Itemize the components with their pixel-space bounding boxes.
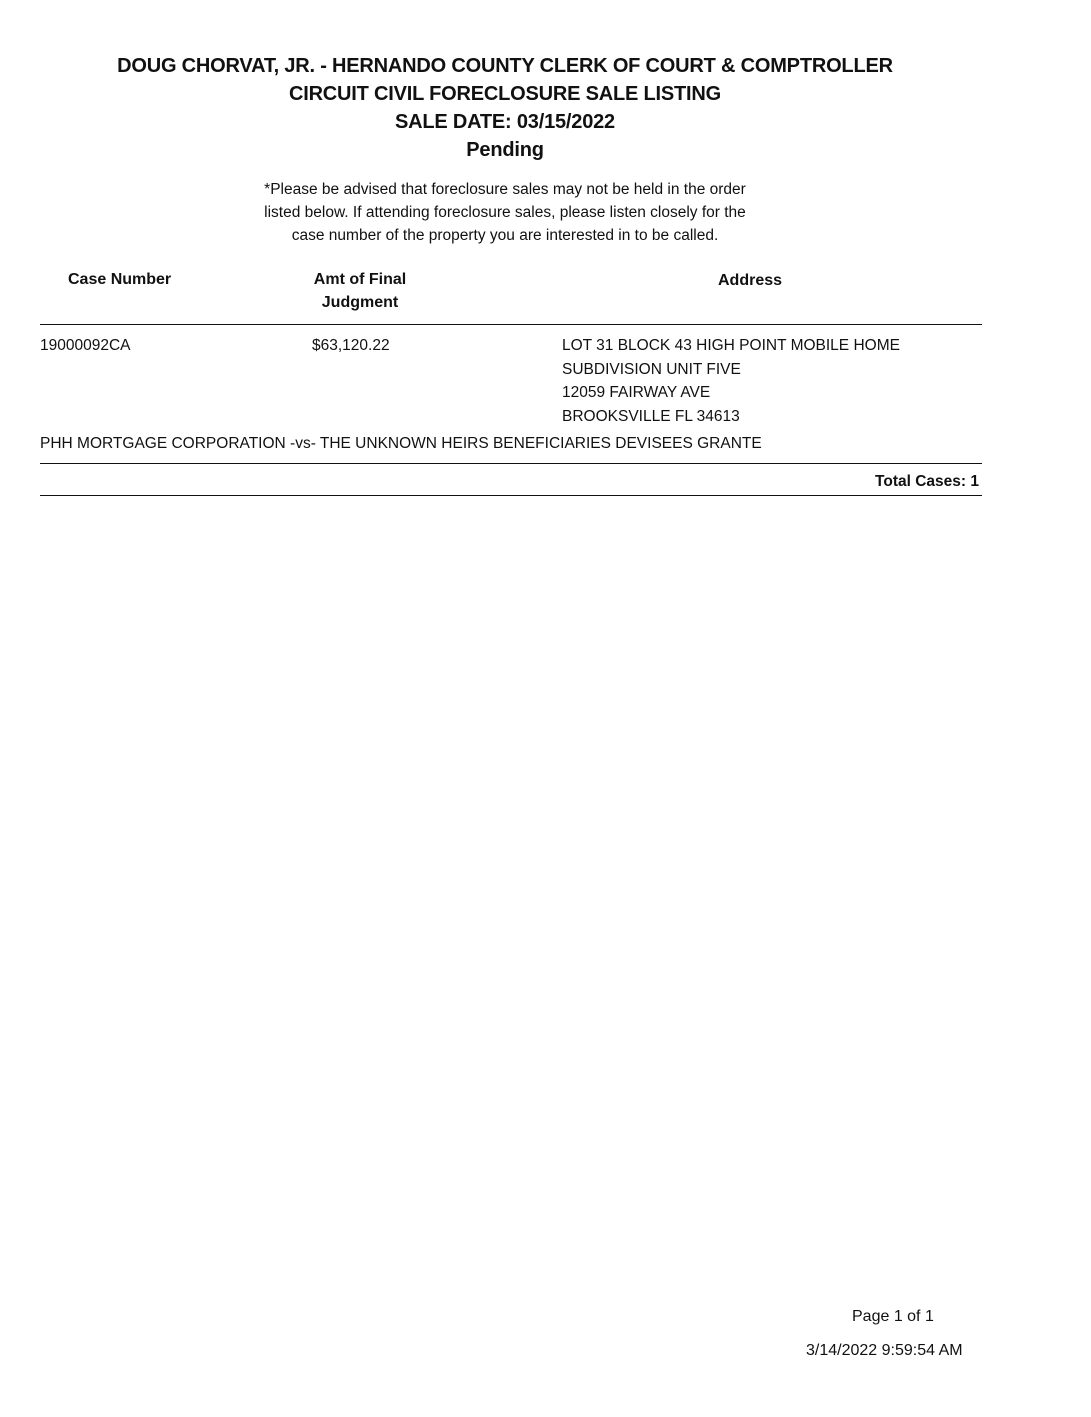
address-line: LOT 31 BLOCK 43 HIGH POINT MOBILE HOME (562, 334, 900, 358)
column-header-amount: Amt of Final Judgment (290, 268, 430, 314)
clerk-title: DOUG CHORVAT, JR. - HERNANDO COUNTY CLER… (0, 52, 1010, 80)
header-divider (40, 324, 982, 325)
address-line: 12059 FAIRWAY AVE (562, 381, 900, 405)
notice-line: *Please be advised that foreclosure sale… (0, 178, 1010, 201)
report-title-block: DOUG CHORVAT, JR. - HERNANDO COUNTY CLER… (0, 52, 1010, 164)
case-parties: PHH MORTGAGE CORPORATION -vs- THE UNKNOW… (40, 432, 762, 455)
column-header-amount-line2: Judgment (290, 291, 430, 314)
column-header-amount-line1: Amt of Final (290, 268, 430, 291)
notice-line: listed below. If attending foreclosure s… (0, 201, 1010, 224)
notice-line: case number of the property you are inte… (0, 224, 1010, 247)
column-header-address: Address (718, 269, 782, 292)
sale-date: SALE DATE: 03/15/2022 (0, 108, 1010, 136)
summary-divider (40, 495, 982, 496)
row-divider (40, 463, 982, 464)
case-number: 19000092CA (40, 334, 131, 358)
column-header-case-number: Case Number (68, 268, 171, 291)
property-address: LOT 31 BLOCK 43 HIGH POINT MOBILE HOME S… (562, 334, 900, 428)
printed-timestamp: 3/14/2022 9:59:54 AM (806, 1340, 963, 1362)
address-line: SUBDIVISION UNIT FIVE (562, 358, 900, 382)
page-number: Page 1 of 1 (852, 1306, 934, 1328)
address-line: BROOKSVILLE FL 34613 (562, 405, 900, 429)
listing-title: CIRCUIT CIVIL FORECLOSURE SALE LISTING (0, 80, 1010, 108)
total-cases: Total Cases: 1 (875, 470, 979, 493)
advisory-notice: *Please be advised that foreclosure sale… (0, 178, 1010, 247)
status-label: Pending (0, 136, 1010, 164)
judgment-amount: $63,120.22 (312, 334, 390, 358)
